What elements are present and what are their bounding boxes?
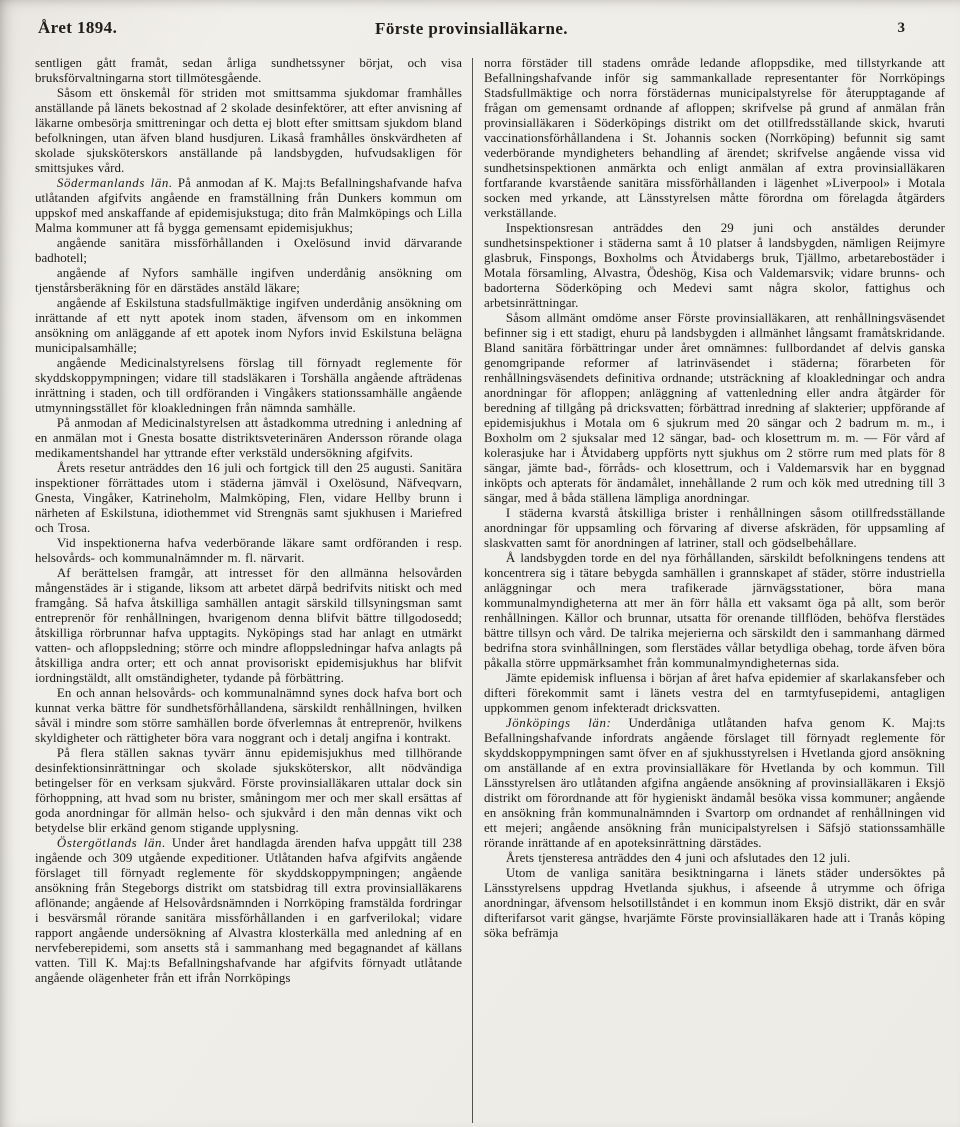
paragraph: norra förstäder till stadens område leda… — [484, 56, 945, 221]
running-header: Året 1894. Förste provinsialläkarne. 3 — [38, 18, 945, 44]
paragraph: På flera ställen saknas tyvärr ännu epid… — [35, 746, 462, 836]
paragraph: Å landsbygden torde en del nya förhållan… — [484, 551, 945, 671]
paragraph: Inspektionsresan anträddes den 29 juni o… — [484, 221, 945, 311]
paragraph: angående sanitära missförhållanden i Oxe… — [35, 236, 462, 266]
county-name-lead: Jönköpings län: — [506, 716, 611, 730]
paragraph: I städerna kvarstå åtskilliga brister i … — [484, 506, 945, 551]
paragraph: En och annan helsovårds- och kommunalnäm… — [35, 686, 462, 746]
paragraph: Såsom allmänt omdöme anser Förste provin… — [484, 311, 945, 506]
paragraph: Utom de vanliga sanitära besiktningarna … — [484, 866, 945, 941]
document-page: Året 1894. Förste provinsialläkarne. 3 s… — [0, 0, 960, 1127]
paragraph: Såsom ett önskemål för striden mot smitt… — [35, 86, 462, 176]
page-number: 3 — [898, 20, 906, 37]
county-name-lead: Östergötlands län. — [57, 836, 166, 850]
paragraph: Årets resetur anträddes den 16 juli och … — [35, 461, 462, 536]
running-head-title: Förste provinsialläkarne. — [38, 19, 905, 39]
paragraph: Jämte epidemisk influensa i början af år… — [484, 671, 945, 716]
paragraph: Årets tjensteresa anträddes den 4 juni o… — [484, 851, 945, 866]
paragraph: angående Medicinalstyrelsens förslag til… — [35, 356, 462, 416]
column-divider-rule — [472, 58, 473, 1123]
county-section-paragraph: Jönköpings län: Underdåniga utlåtanden h… — [484, 716, 945, 851]
right-column: norra förstäder till stadens område leda… — [484, 56, 945, 1123]
paragraph: Af berättelsen framgår, att intresset fö… — [35, 566, 462, 686]
paragraph: sentligen gått framåt, sedan årliga sund… — [35, 56, 462, 86]
text-columns: sentligen gått framåt, sedan årliga sund… — [35, 56, 945, 1123]
paragraph: Vid inspektionerna hafva vederbörande lä… — [35, 536, 462, 566]
paragraph: På anmodan af Medicinalstyrelsen att åst… — [35, 416, 462, 461]
paragraph: angående af Nyfors samhälle ingifven und… — [35, 266, 462, 296]
county-section-paragraph: Östergötlands län. Under året handlagda … — [35, 836, 462, 986]
left-column: sentligen gått framåt, sedan årliga sund… — [35, 56, 462, 1123]
county-section-paragraph: Södermanlands län. På anmodan af K. Maj:… — [35, 176, 462, 236]
county-name-lead: Södermanlands län. — [57, 176, 173, 190]
paragraph: angående af Eskilstuna stadsfullmäktige … — [35, 296, 462, 356]
